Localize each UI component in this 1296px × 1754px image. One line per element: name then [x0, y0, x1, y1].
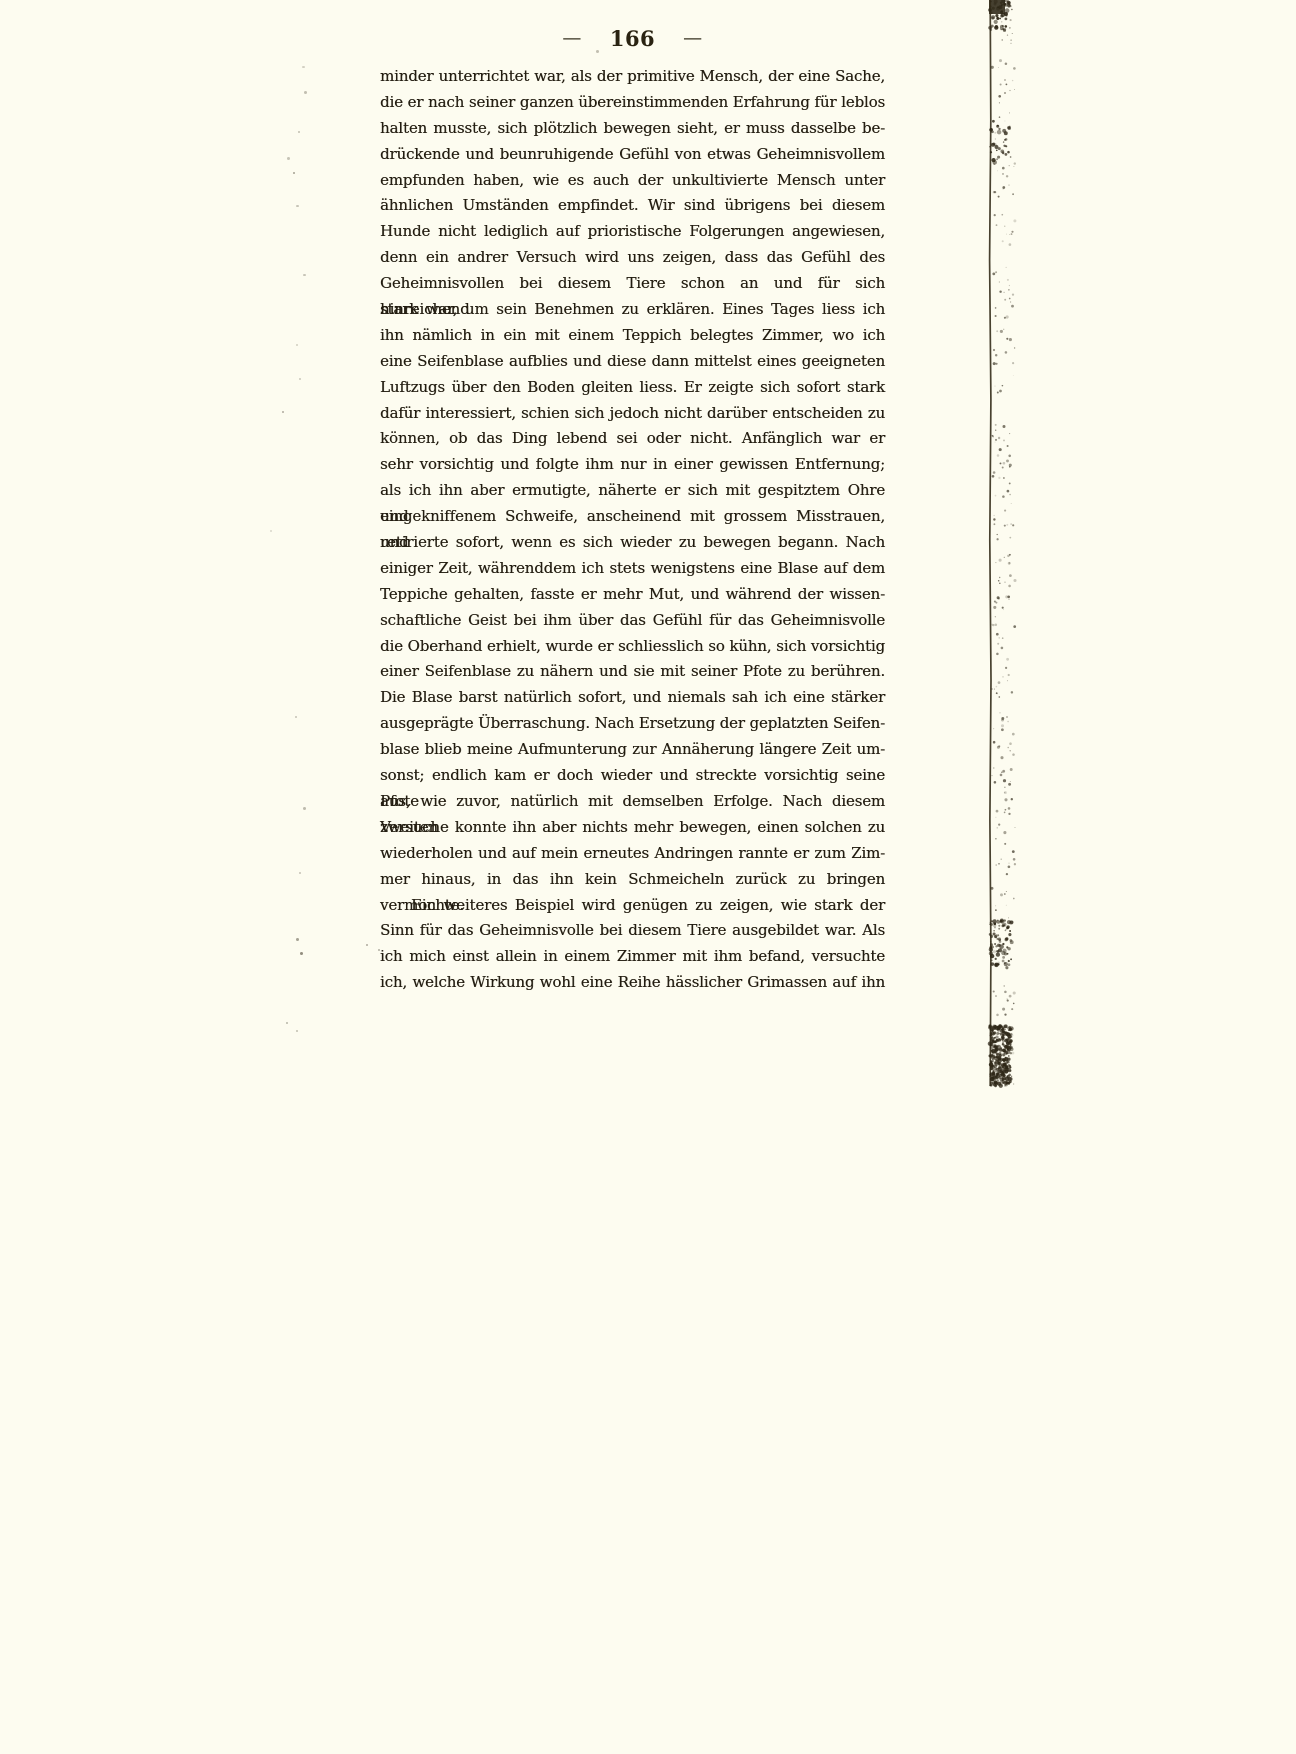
- text-line: schaftliche Geist bei ihm über das Gefüh…: [380, 608, 885, 634]
- margin-speck: [287, 157, 290, 160]
- margin-speck: [303, 807, 306, 810]
- binding-speckles: [988, 0, 1017, 1088]
- binding-edge-strip: [986, 0, 1020, 1090]
- text-line: aus, wie zuvor, natürlich mit demselben …: [380, 789, 885, 815]
- text-line: Hunde nicht lediglich auf prioristische …: [380, 219, 885, 245]
- text-line: einiger Zeit, währenddem ich stets wenig…: [380, 556, 885, 582]
- text-line: Versuche konnte ihn aber nichts mehr bew…: [380, 815, 885, 841]
- margin-speck: [293, 172, 295, 174]
- text-line: ähnlichen Umständen empfindet. Wir sind …: [380, 193, 885, 219]
- text-line: ich, welche Wirkung wohl eine Reihe häss…: [380, 970, 885, 996]
- text-line: mer hinaus, in das ihn kein Schmeicheln …: [380, 867, 885, 893]
- text-line: ihn nämlich in ein mit einem Teppich bel…: [380, 323, 885, 349]
- page-number: 166: [610, 26, 655, 51]
- text-line: ausgeprägte Überraschung. Nach Ersetzung…: [380, 711, 885, 737]
- text-line: wiederholen und auf mein erneutes Andrin…: [380, 841, 885, 867]
- scanned-book-page: —166— minder unterrichtet war, als der p…: [0, 0, 1296, 1754]
- text-line: Luftzugs über den Boden gleiten liess. E…: [380, 375, 885, 401]
- text-line: dafür interessiert, schien sich jedoch n…: [380, 401, 885, 427]
- text-line: können, ob das Ding lebend sei oder nich…: [380, 426, 885, 452]
- margin-speck: [299, 378, 301, 380]
- margin-speck: [270, 530, 272, 532]
- body-text: minder unterrichtet war, als der primiti…: [380, 64, 885, 996]
- margin-speck: [300, 952, 303, 955]
- margin-speck: [302, 66, 305, 68]
- margin-speck: [296, 344, 298, 346]
- page-header: —166—: [380, 26, 885, 51]
- margin-speck: [303, 274, 306, 276]
- margin-speck: [296, 938, 299, 941]
- text-line: stark war, um sein Benehmen zu erklären.…: [380, 297, 885, 323]
- text-line: die Oberhand erhielt, wurde er schliessl…: [380, 634, 885, 660]
- header-dash-left: —: [562, 27, 582, 49]
- header-dash-right: —: [683, 27, 703, 49]
- margin-speck: [295, 716, 297, 718]
- margin-speck: [366, 944, 368, 946]
- margin-speck: [304, 91, 307, 94]
- text-line: die er nach seiner ganzen übereinstimmen…: [380, 90, 885, 116]
- text-line: minder unterrichtet war, als der primiti…: [380, 64, 885, 90]
- margin-speck: [282, 411, 284, 413]
- margin-speck: [298, 131, 300, 133]
- text-line: eine Seifenblase aufblies und diese dann…: [380, 349, 885, 375]
- text-line: Sinn für das Geheimnisvolle bei diesem T…: [380, 918, 885, 944]
- margin-speck: [378, 949, 380, 951]
- text-line: denn ein andrer Versuch wird uns zeigen,…: [380, 245, 885, 271]
- text-line: sehr vorsichtig und folgte ihm nur in ei…: [380, 452, 885, 478]
- margin-speck: [299, 872, 301, 874]
- margin-speck: [296, 1030, 298, 1032]
- text-line: ich mich einst allein in einem Zimmer mi…: [380, 944, 885, 970]
- text-line: Die Blase barst natürlich sofort, und ni…: [380, 685, 885, 711]
- text-line: sonst; endlich kam er doch wieder und st…: [380, 763, 885, 789]
- paragraph-2: Ein weiteres Beispiel wird genügen zu ze…: [380, 893, 885, 997]
- text-line: drückende und beunruhigende Gefühl von e…: [380, 142, 885, 168]
- text-line: Teppiche gehalten, fasste er mehr Mut, u…: [380, 582, 885, 608]
- text-line: empfunden haben, wie es auch der unkulti…: [380, 168, 885, 194]
- text-line: als ich ihn aber ermutigte, näherte er s…: [380, 478, 885, 504]
- text-line: retirierte sofort, wenn es sich wieder z…: [380, 530, 885, 556]
- text-line: Geheimnisvollen bei diesem Tiere schon a…: [380, 271, 885, 297]
- text-line: Ein weiteres Beispiel wird genügen zu ze…: [380, 893, 885, 919]
- margin-speck: [596, 50, 599, 53]
- text-line: eingekniffenem Schweife, anscheinend mit…: [380, 504, 885, 530]
- text-line: halten musste, sich plötzlich bewegen si…: [380, 116, 885, 142]
- text-line: blase blieb meine Aufmunterung zur Annäh…: [380, 737, 885, 763]
- text-line: einer Seifenblase zu nähern und sie mit …: [380, 659, 885, 685]
- margin-speck: [286, 1022, 288, 1024]
- paragraph-1: minder unterrichtet war, als der primiti…: [380, 64, 885, 893]
- margin-speck: [296, 205, 299, 207]
